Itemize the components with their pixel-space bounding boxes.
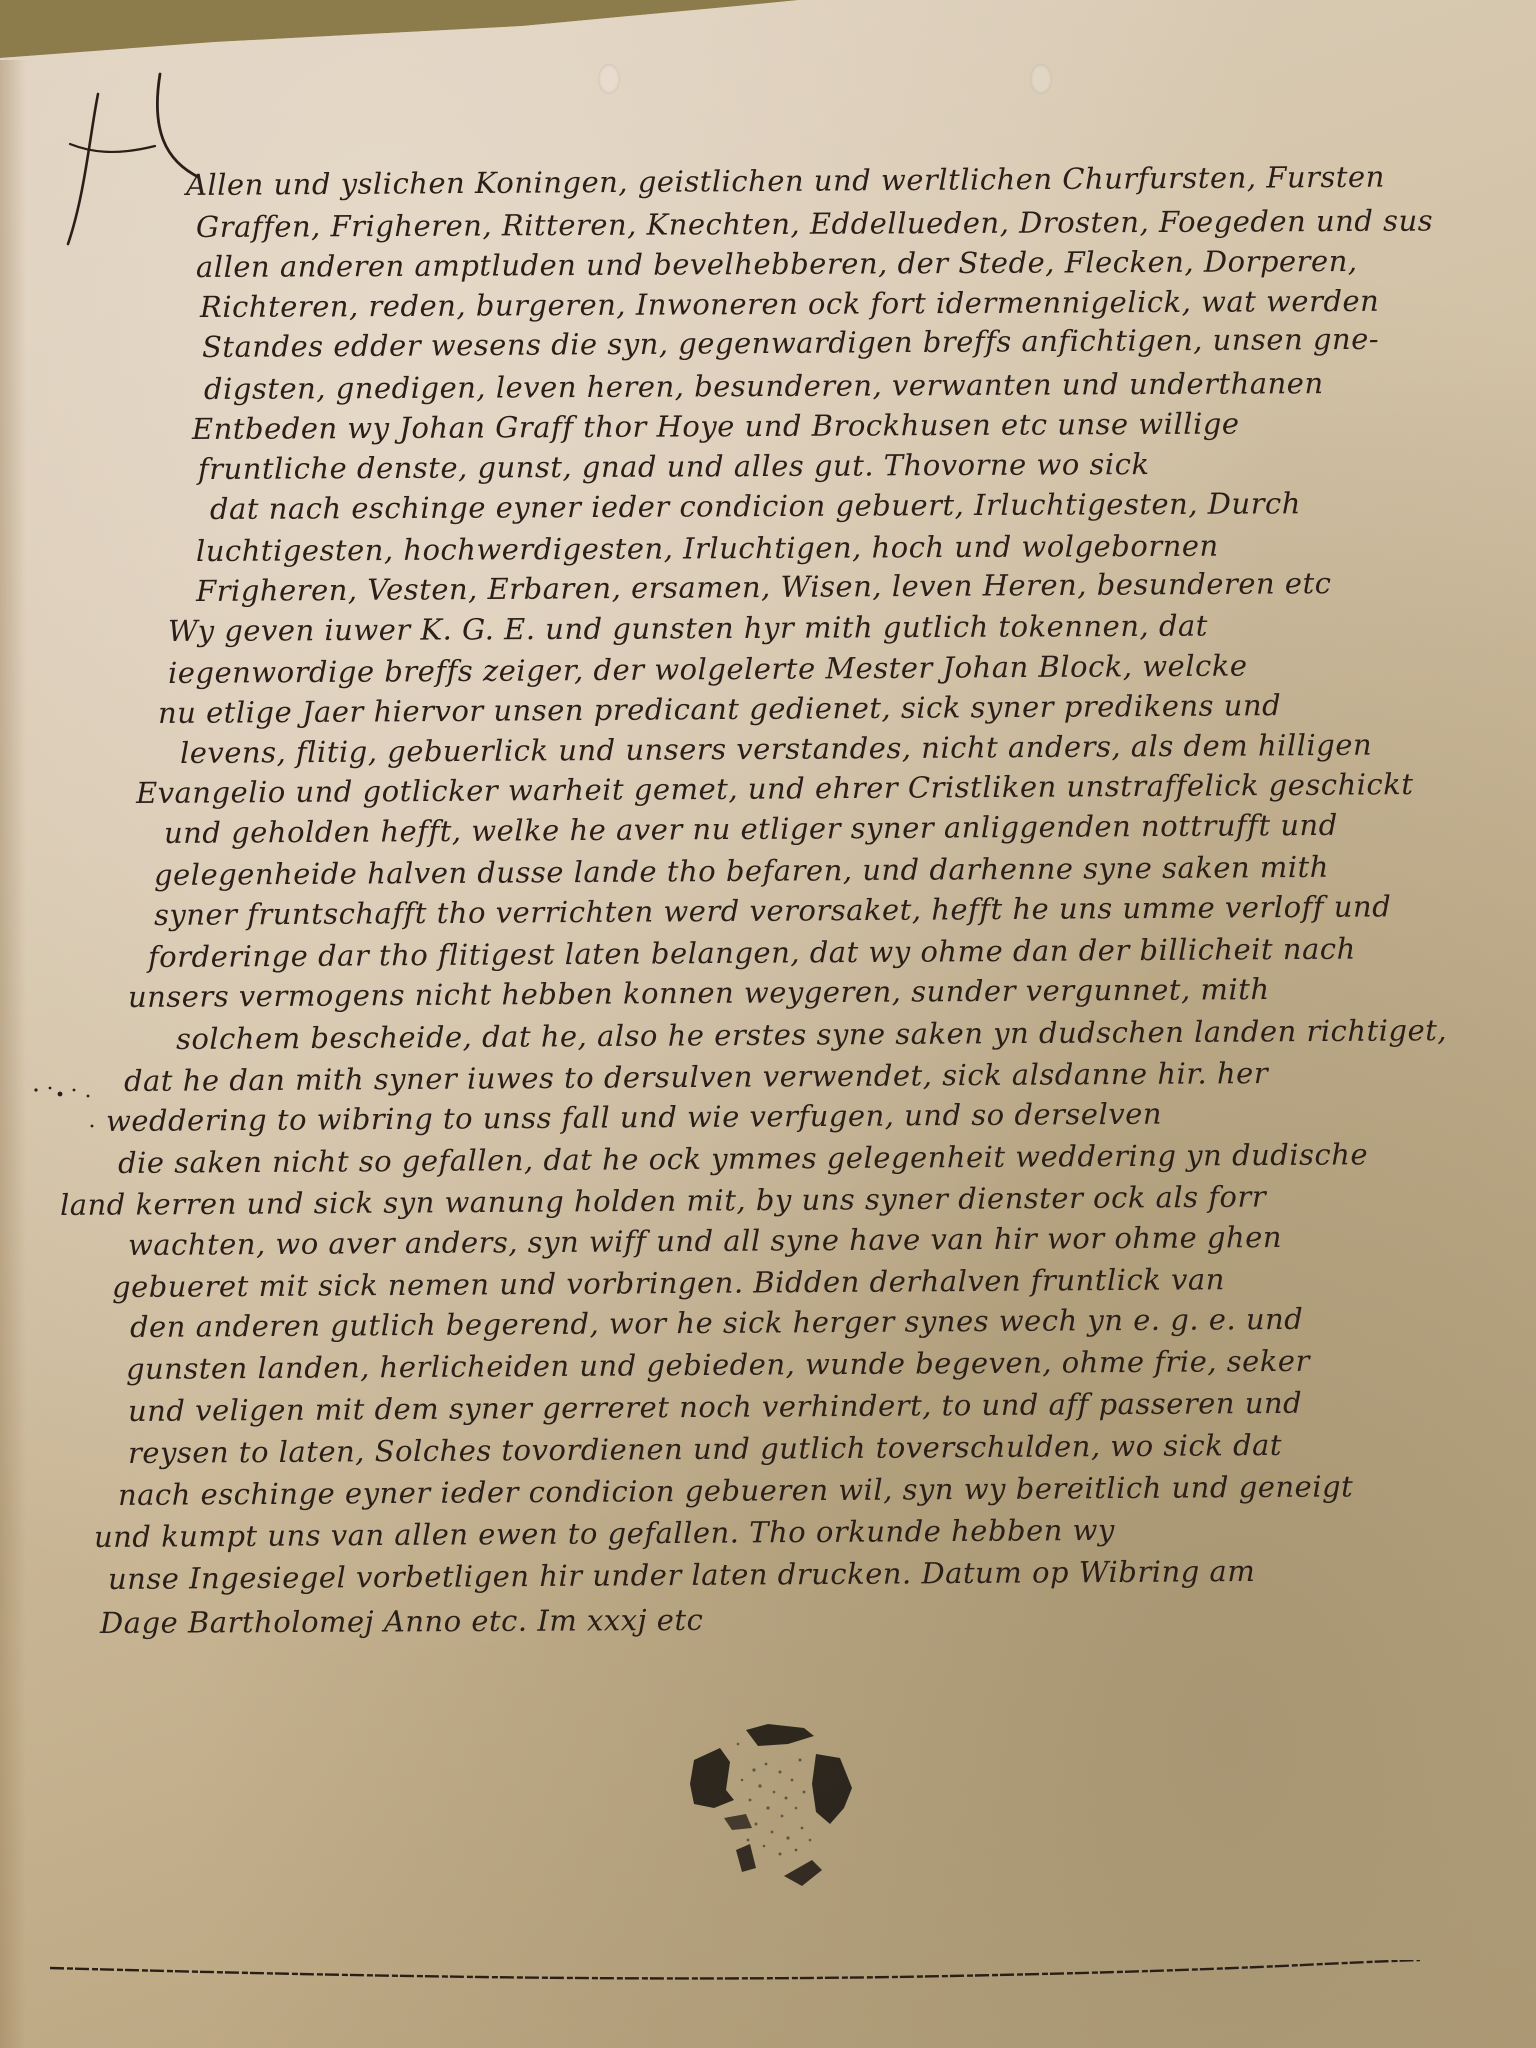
text-line: fruntliche denste, gunst, gnad und alles…: [198, 447, 1150, 486]
text-line: und veligen mit dem syner gerreret noch …: [128, 1386, 1302, 1428]
margin-dots-icon: [30, 1080, 110, 1140]
text-line: unse Ingesiegel vorbetligen hir under la…: [108, 1554, 1256, 1596]
text-line: nu etlige Jaer hiervor unsen predicant g…: [158, 688, 1281, 730]
text-line: levens, flitig, gebuerlick und unsers ve…: [180, 728, 1372, 770]
text-line: unsers vermogens nicht hebben konnen wey…: [128, 972, 1270, 1014]
text-line: dat he dan mith syner iuwes to dersulven…: [124, 1056, 1268, 1098]
seal-impression-icon: [684, 1700, 860, 1890]
text-line: solchem bescheide, dat he, also he erste…: [176, 1013, 1447, 1056]
text-line: dat nach eschinge eyner ieder condicion …: [210, 486, 1301, 526]
text-line: die saken nicht so gefallen, dat he ock …: [118, 1137, 1368, 1180]
text-line: weddering to wibring to unss fall und wi…: [106, 1097, 1162, 1138]
text-line: den anderen gutlich begerend, wor he sic…: [130, 1302, 1304, 1344]
date-line: Dage Bartholomej Anno etc. Im xxxj etc: [100, 1603, 703, 1640]
text-line: wachten, wo aver anders, syn wiff und al…: [128, 1220, 1282, 1262]
text-line: Frigheren, Vesten, Erbaren, ersamen, Wis…: [196, 566, 1332, 608]
text-line: Standes edder wesens die syn, gegenwardi…: [202, 322, 1379, 364]
text-line: Evangelio und gotlicker warheit gemet, u…: [136, 767, 1414, 810]
text-line: und geholden hefft, welke he aver nu etl…: [164, 808, 1338, 850]
text-line: gunsten landen, herlicheiden und gebiede…: [126, 1344, 1310, 1386]
text-line: gebueret mit sick nemen und vorbringen. …: [112, 1262, 1225, 1304]
text-line: digsten, gnedigen, leven heren, besunder…: [204, 366, 1324, 406]
text-line: Richteren, reden, burgeren, Inwoneren oc…: [200, 284, 1379, 324]
text-line: gelegenheide halven dusse lande tho befa…: [154, 850, 1329, 892]
text-line: syner fruntschafft tho verrichten werd v…: [154, 889, 1391, 932]
text-line: luchtigesten, hochwerdigesten, Irluchtig…: [196, 529, 1219, 568]
text-line: Graffen, Frigheren, Ritteren, Knechten, …: [196, 204, 1433, 244]
bottom-rule-line: [50, 1960, 1420, 1990]
text-line: und kumpt uns van allen ewen to gefallen…: [94, 1513, 1115, 1554]
text-line: iegenwordige breffs zeiger, der wolgeler…: [168, 648, 1248, 690]
text-line: Wy geven iuwer K. G. E. und gunsten hyr …: [168, 609, 1208, 648]
text-line: nach eschinge eyner ieder condicion gebu…: [118, 1469, 1353, 1512]
text-line: Entbeden wy Johan Graff thor Hoye und Br…: [192, 407, 1240, 446]
text-line: Allen und yslichen Koningen, geistlichen…: [186, 160, 1385, 202]
text-line: land kerren und sick syn wanung holden m…: [60, 1180, 1266, 1222]
text-line: forderinge dar tho flitigest laten belan…: [148, 932, 1356, 974]
text-line: reysen to laten, Solches tovordienen und…: [128, 1428, 1282, 1470]
text-line: allen anderen amptluden und bevelhebbere…: [196, 244, 1358, 284]
